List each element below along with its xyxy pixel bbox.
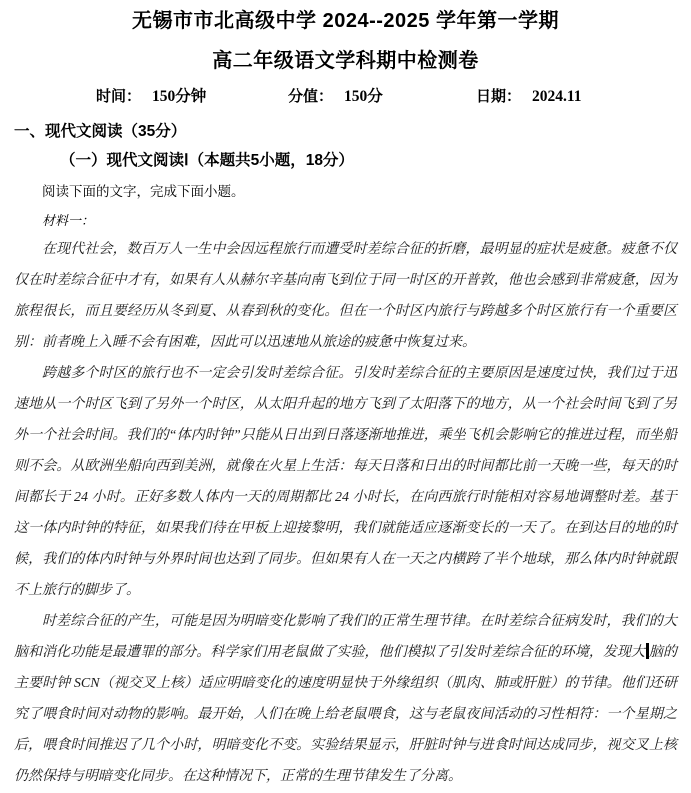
section-1-subheading: （一）现代文阅读Ⅰ（本题共5小题，18分） (60, 151, 691, 171)
exam-score-group: 分值： 150分 (288, 87, 476, 107)
exam-document-page: 无锡市市北高级中学 2024--2025 学年第一学期 高二年级语文学科期中检测… (0, 0, 691, 793)
material-one-label: 材料一： (42, 213, 691, 229)
reading-passage: 在现代社会，数百万人一生中会因远程旅行而遭受时差综合征的折磨，最明显的症状是疲惫… (14, 234, 677, 792)
score-label: 分值： (288, 87, 333, 107)
paragraph-3-text-after-cursor: 脑的主要时钟 SCN（视交叉上核）适应明暗变化的速度明显快于外缘组织（肌肉、肺或… (14, 645, 677, 784)
time-label: 时间： (96, 87, 141, 107)
passage-paragraph-1: 在现代社会，数百万人一生中会因远程旅行而遭受时差综合征的折磨，最明显的症状是疲惫… (14, 234, 677, 358)
exam-time-group: 时间： 150分钟 (96, 87, 288, 107)
exam-date-group: 日期： 2024.11 (476, 87, 582, 107)
date-value: 2024.11 (532, 87, 582, 107)
time-value: 150分钟 (152, 87, 206, 107)
paragraph-3-text-before-cursor: 时差综合征的产生，可能是因为明暗变化影响了我们的正常生理节律。在时差综合征病发时… (14, 614, 677, 660)
passage-paragraph-2: 跨越多个时区的旅行也不一定会引发时差综合征。引发时差综合征的主要原因是速度过快，… (14, 358, 677, 606)
date-label: 日期： (476, 87, 521, 107)
exam-meta-row: 时间： 150分钟 分值： 150分 日期： 2024.11 (0, 87, 691, 107)
passage-paragraph-3: 时差综合征的产生，可能是因为明暗变化影响了我们的正常生理节律。在时差综合征病发时… (14, 606, 677, 792)
document-title-line1: 无锡市市北高级中学 2024--2025 学年第一学期 (0, 8, 691, 34)
score-value: 150分 (344, 87, 383, 107)
reading-instruction: 阅读下面的文字，完成下面小题。 (42, 183, 691, 201)
section-1-heading: 一、现代文阅读（35分） (14, 122, 691, 142)
document-title-line2: 高二年级语文学科期中检测卷 (0, 48, 691, 74)
